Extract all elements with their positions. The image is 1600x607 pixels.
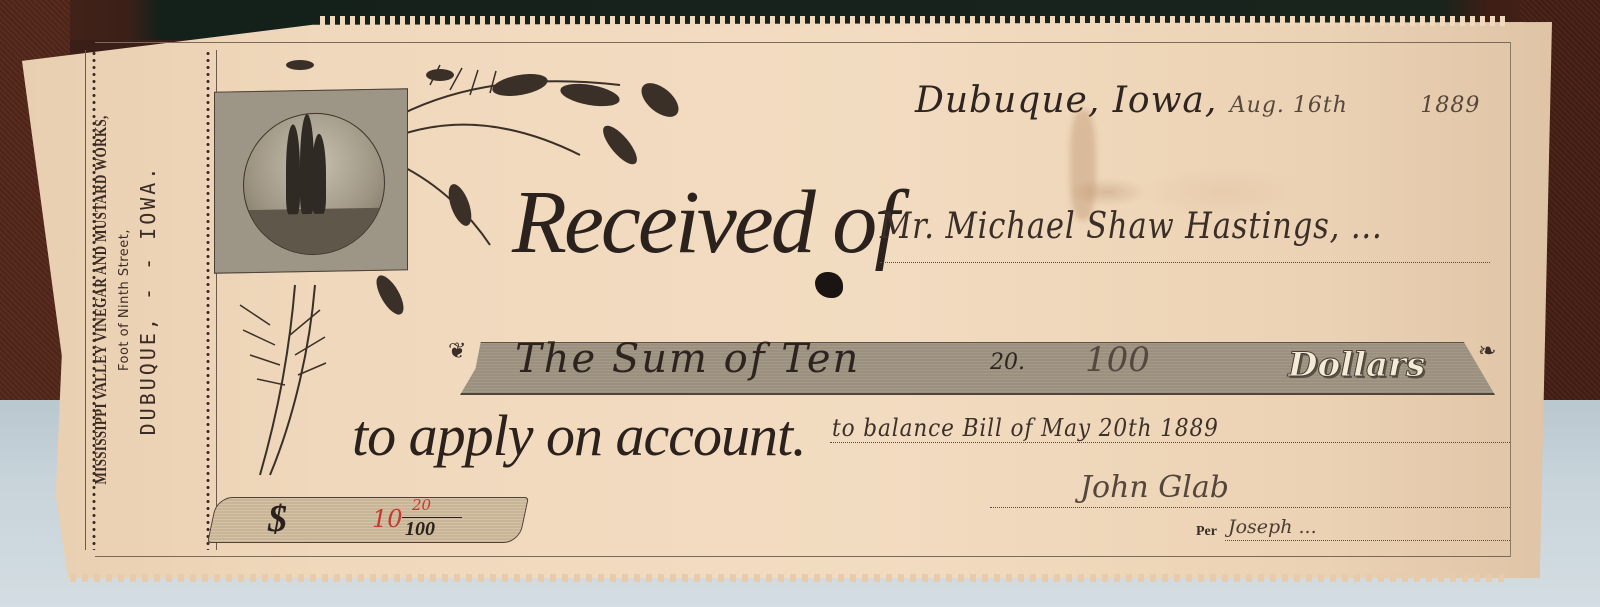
amount-cents-handwritten: 20. [990,350,1025,375]
frame-line-top [95,42,1510,43]
signature-handwritten: John Glab [1080,470,1229,505]
date-handwritten: Aug. 16th [1230,93,1348,118]
water-stain [1070,110,1096,220]
apply-on-account-label: to apply on account. [352,402,806,469]
numeric-dollars: 10 [372,505,403,533]
paper-hole [815,272,843,298]
flower-ornament-icon: ❦ [448,338,466,364]
account-memo-handwritten: to balance Bill of May 20th 1889 [832,414,1219,442]
company-band: MISSISSIPPI VALLEY VINEGAR AND MUSTARD W… [85,50,217,550]
tree-icon [312,134,326,214]
payer-name-handwritten: Mr. Michael Shaw Hastings, ... [880,206,1383,247]
landscape-medallion [243,112,385,256]
company-name: MISSISSIPPI VALLEY VINEGAR AND MUSTARD W… [91,113,111,487]
landscape-ground [244,208,384,255]
tree-icon [286,124,300,214]
perforated-edge-top [320,16,1510,26]
vignette-landscape-image [214,88,408,273]
year: 1889 [1420,93,1480,118]
numeric-denominator: 100 [405,518,435,541]
frame-line-bottom [95,556,1510,557]
per-signature-handwritten: Joseph ... [1228,516,1317,538]
perforated-edge-bottom [70,574,1510,582]
amount-hundredths-handwritten: 100 [1085,340,1150,380]
place-date-line: Dubuque, Iowa, Aug. 16th 1889 [915,80,1480,121]
frame-line-right [1510,42,1511,557]
company-address: Foot of Ninth Street, [117,60,132,540]
dollars-label: Dollars [1288,345,1425,385]
numeric-cents: 20 [412,496,431,514]
company-city: DUBUQUE, - - IOWA. [136,60,160,540]
signature-dotted-line [990,507,1510,508]
per-label: Per [1196,524,1217,540]
account-dotted-line [830,442,1510,443]
numeric-amount-scroll [207,497,529,543]
flower-ornament-icon: ❧ [1478,338,1496,364]
place: Dubuque, Iowa, [915,80,1217,121]
payer-dotted-line [880,262,1490,263]
per-dotted-line [1225,540,1510,541]
dollar-sign: $ [268,497,287,541]
amount-words-handwritten: The Sum of Ten [515,336,860,382]
received-of-label: Received of [512,178,896,268]
company-block: MISSISSIPPI VALLEY VINEGAR AND MUSTARD W… [91,60,211,540]
